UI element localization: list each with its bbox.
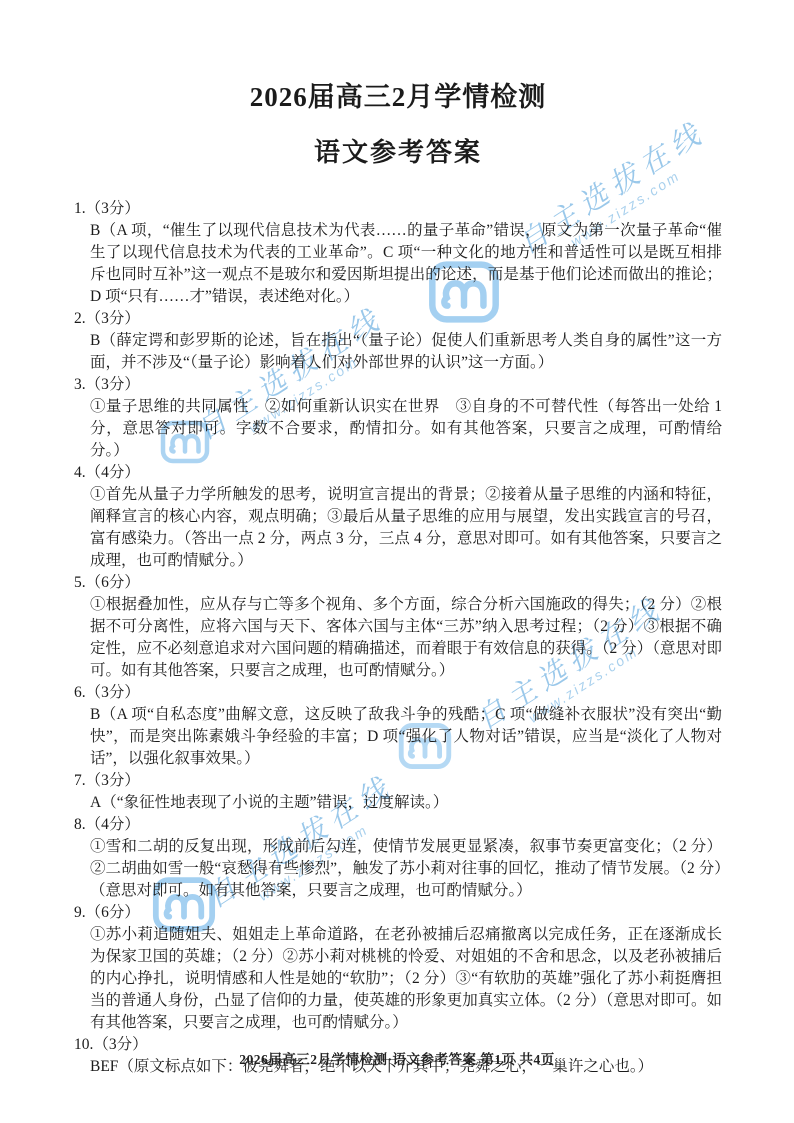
question-answer: B（薛定谔和彭罗斯的论述，旨在指出“（量子论）促使人们重新思考人类自身的属性”这… bbox=[74, 330, 722, 374]
question-number: 6.（3分） bbox=[74, 682, 722, 704]
question-7: 7.（3分） A（“象征性地表现了小说的主题”错误，过度解读。） bbox=[74, 770, 722, 814]
question-number: 5.（6分） bbox=[74, 572, 722, 594]
answers-list: 1.（3分） B（A 项，“催生了以现代信息技术为代表……的量子革命”错误，原文… bbox=[74, 198, 722, 1078]
question-3: 3.（3分） ①量子思维的共同属性 ②如何重新认识实在世界 ③自身的不可替代性（… bbox=[74, 374, 722, 462]
question-number: 4.（4分） bbox=[74, 462, 722, 484]
question-answer: B（A 项“自私态度”曲解文意，这反映了敌我斗争的残酷；C 项“做缝补衣服状”没… bbox=[74, 704, 722, 770]
document-content: 2026届高三2月学情检测 语文参考答案 1.（3分） B（A 项，“催生了以现… bbox=[74, 0, 722, 1078]
question-9: 9.（6分） ①苏小莉追随姐夫、姐姐走上革命道路，在老孙被捕后忍痛撤离以完成任务… bbox=[74, 902, 722, 1034]
answer-sheet-page: 自主选拔在线 www.zizzs.com 自主选拔在线 www.zizzs.co… bbox=[0, 0, 794, 1123]
question-answer: ①雪和二胡的反复出现，形成前后勾连，使情节发展更显紧凑，叙事节奏更富变化；（2 … bbox=[74, 836, 722, 902]
question-answer: ①根据叠加性，应从存与亡等多个视角、多个方面，综合分析六国施政的得失；（2 分）… bbox=[74, 594, 722, 682]
page-title: 2026届高三2月学情检测 bbox=[74, 83, 722, 111]
question-5: 5.（6分） ①根据叠加性，应从存与亡等多个视角、多个方面，综合分析六国施政的得… bbox=[74, 572, 722, 682]
question-4: 4.（4分） ①首先从量子力学所触发的思考，说明宣言提出的背景；②接着从量子思维… bbox=[74, 462, 722, 572]
question-2: 2.（3分） B（薛定谔和彭罗斯的论述，旨在指出“（量子论）促使人们重新思考人类… bbox=[74, 308, 722, 374]
question-number: 1.（3分） bbox=[74, 198, 722, 220]
question-number: 8.（4分） bbox=[74, 814, 722, 836]
page-footer: 2026届高三2月学情检测·语文参考答案 第1页 共4页 bbox=[0, 1048, 794, 1068]
question-number: 2.（3分） bbox=[74, 308, 722, 330]
question-answer: B（A 项，“催生了以现代信息技术为代表……的量子革命”错误，原文为第一次量子革… bbox=[74, 220, 722, 308]
question-number: 7.（3分） bbox=[74, 770, 722, 792]
question-answer: ①苏小莉追随姐夫、姐姐走上革命道路，在老孙被捕后忍痛撤离以完成任务，正在逐渐成长… bbox=[74, 924, 722, 1034]
question-1: 1.（3分） B（A 项，“催生了以现代信息技术为代表……的量子革命”错误，原文… bbox=[74, 198, 722, 308]
question-answer: A（“象征性地表现了小说的主题”错误，过度解读。） bbox=[74, 792, 722, 814]
question-number: 9.（6分） bbox=[74, 902, 722, 924]
question-number: 3.（3分） bbox=[74, 374, 722, 396]
page-subtitle: 语文参考答案 bbox=[74, 139, 722, 166]
question-6: 6.（3分） B（A 项“自私态度”曲解文意，这反映了敌我斗争的残酷；C 项“做… bbox=[74, 682, 722, 770]
question-8: 8.（4分） ①雪和二胡的反复出现，形成前后勾连，使情节发展更显紧凑，叙事节奏更… bbox=[74, 814, 722, 902]
question-answer: ①首先从量子力学所触发的思考，说明宣言提出的背景；②接着从量子思维的内涵和特征，… bbox=[74, 484, 722, 572]
question-answer: ①量子思维的共同属性 ②如何重新认识实在世界 ③自身的不可替代性（每答出一处给 … bbox=[74, 396, 722, 462]
